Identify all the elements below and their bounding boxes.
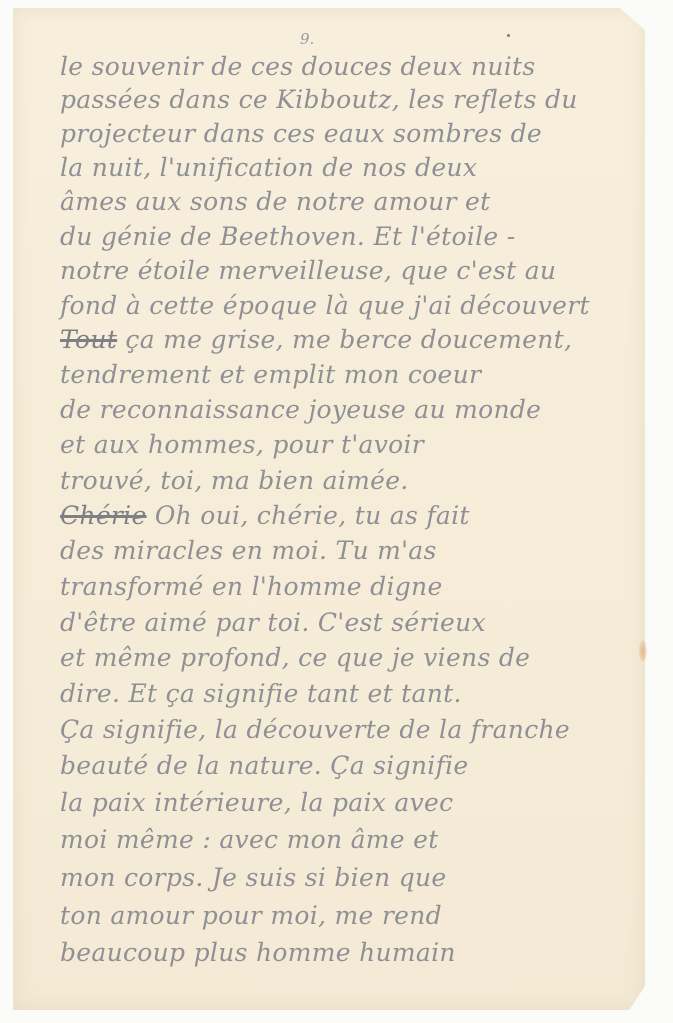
line-text: des miracles en moi. Tu m'as [60,536,437,565]
text-line: beaucoup plus homme humain [60,938,456,967]
line-text: ton amour pour moi, me rend [60,901,442,930]
text-line: la paix intérieure, la paix avec [60,788,453,817]
text-line: Tout ça me grise, me berce doucement, [60,325,572,354]
text-line: du génie de Beethoven. Et l'étoile - [60,222,516,251]
line-text: tendrement et emplit mon coeur [60,360,481,389]
line-text: le souvenir de ces douces deux nuits [60,52,536,81]
text-line: Chérie Oh oui, chérie, tu as fait [60,501,470,530]
line-text: fond à cette époque là que j'ai découver… [60,291,590,320]
text-line: et aux hommes, pour t'avoir [60,430,424,459]
text-line: beauté de la nature. Ça signifie [60,751,469,780]
line-text: ça me grise, me berce doucement, [117,325,572,354]
text-line: le souvenir de ces douces deux nuits [60,52,536,81]
text-line: âmes aux sons de notre amour et [60,187,490,216]
line-text: beaucoup plus homme humain [60,938,456,967]
text-line: ton amour pour moi, me rend [60,901,442,930]
text-line: moi même : avec mon âme et [60,825,439,854]
line-text: trouvé, toi, ma bien aimée. [60,466,409,495]
paper-stain [639,640,647,662]
text-line: notre étoile merveilleuse, que c'est au [60,256,556,285]
line-text: du génie de Beethoven. Et l'étoile - [60,222,516,251]
struck-out-word: Tout [60,325,117,354]
line-text: mon corps. Je suis si bien que [60,863,447,892]
line-text: et aux hommes, pour t'avoir [60,430,424,459]
line-text: moi même : avec mon âme et [60,825,439,854]
page-number: 9. [300,30,314,48]
text-line: projecteur dans ces eaux sombres de [60,119,542,148]
line-text: beauté de la nature. Ça signifie [60,751,469,780]
line-text: projecteur dans ces eaux sombres de [60,119,542,148]
line-text: Oh oui, chérie, tu as fait [147,501,470,530]
line-text: âmes aux sons de notre amour et [60,187,490,216]
paper-speck [507,34,510,37]
text-line: trouvé, toi, ma bien aimée. [60,466,409,495]
text-line: passées dans ce Kibboutz, les reflets du [60,85,578,114]
line-text: de reconnaissance joyeuse au monde [60,395,541,424]
text-line: tendrement et emplit mon coeur [60,360,481,389]
line-text: dire. Et ça signifie tant et tant. [60,679,462,708]
line-text: la nuit, l'unification de nos deux [60,153,477,182]
line-text: d'être aimé par toi. C'est sérieux [60,608,486,637]
text-line: dire. Et ça signifie tant et tant. [60,679,462,708]
scanned-letter: 9. le souvenir de ces douces deux nuitsp… [0,0,673,1023]
text-line: transformé en l'homme digne [60,572,443,601]
line-text: et même profond, ce que je viens de [60,643,530,672]
text-line: fond à cette époque là que j'ai découver… [60,291,590,320]
line-text: la paix intérieure, la paix avec [60,788,453,817]
struck-out-word: Chérie [60,501,147,530]
text-line: d'être aimé par toi. C'est sérieux [60,608,486,637]
line-text: notre étoile merveilleuse, que c'est au [60,256,556,285]
line-text: passées dans ce Kibboutz, les reflets du [60,85,578,114]
line-text: Ça signifie, la découverte de la franche [60,715,570,744]
line-text: transformé en l'homme digne [60,572,443,601]
text-line: Ça signifie, la découverte de la franche [60,715,570,744]
text-line: mon corps. Je suis si bien que [60,863,447,892]
text-line: la nuit, l'unification de nos deux [60,153,477,182]
text-line: des miracles en moi. Tu m'as [60,536,437,565]
text-line: et même profond, ce que je viens de [60,643,530,672]
text-line: de reconnaissance joyeuse au monde [60,395,541,424]
